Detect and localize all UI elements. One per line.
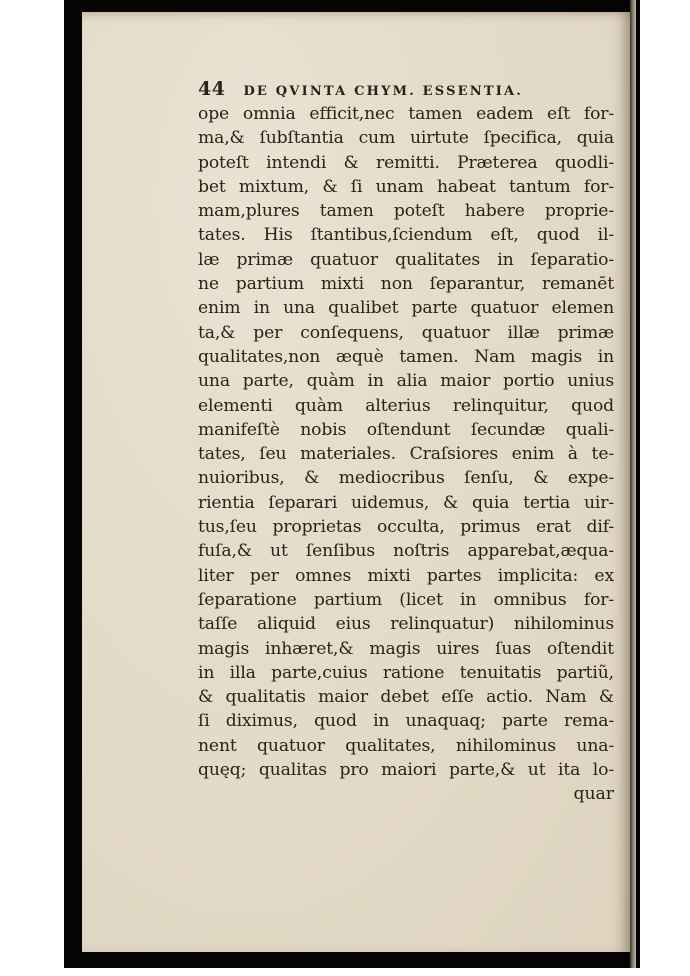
catchword: quar bbox=[198, 782, 614, 806]
text-line: taſſe aliquid eius relinquatur) nihilomi… bbox=[198, 612, 614, 636]
text-line: tates, ſeu materiales. Craſsiores enim à… bbox=[198, 442, 614, 466]
text-line: liter per omnes mixti partes implicita: … bbox=[198, 564, 614, 588]
text-line: ope omnia efficit,nec tamen eadem eſt fo… bbox=[198, 102, 614, 126]
text-line: in illa parte,cuius ratione tenuitatis p… bbox=[198, 661, 614, 685]
text-block: 44 DE QVINTA CHYM. ESSENTIA. ope omnia e… bbox=[198, 76, 614, 807]
text-line: mam,plures tamen poteſt habere proprie- bbox=[198, 199, 614, 223]
text-line: & qualitatis maior debet eſſe actio. Nam… bbox=[198, 685, 614, 709]
text-line: tus,ſeu proprietas occulta, primus erat … bbox=[198, 515, 614, 539]
text-line: una parte, quàm in alia maior portio uni… bbox=[198, 369, 614, 393]
text-line: nuioribus, & mediocribus ſenſu, & expe- bbox=[198, 466, 614, 490]
page-header: 44 DE QVINTA CHYM. ESSENTIA. bbox=[198, 76, 614, 102]
text-line: læ primæ quatuor qualitates in ſeparatio… bbox=[198, 248, 614, 272]
text-line: bet mixtum, & ſi unam habeat tantum for- bbox=[198, 175, 614, 199]
page-number: 44 bbox=[198, 76, 225, 102]
text-line: rientia ſeparari uidemus, & quia tertia … bbox=[198, 491, 614, 515]
page-edge bbox=[630, 0, 636, 968]
text-line: nent quatuor qualitates, nihilominus una… bbox=[198, 734, 614, 758]
text-line: quęq; qualitas pro maiori parte,& ut ita… bbox=[198, 758, 614, 782]
text-line: ſeparatione partium (licet in omnibus fo… bbox=[198, 588, 614, 612]
text-line: poteſt intendi & remitti. Præterea quodl… bbox=[198, 151, 614, 175]
text-line: ſi diximus, quod in unaquaq; parte rema- bbox=[198, 709, 614, 733]
text-line: ne partium mixti non ſeparantur, remanēt bbox=[198, 272, 614, 296]
text-line: elementi quàm alterius relinquitur, quod bbox=[198, 394, 614, 418]
text-line: ma,& ſubſtantia cum uirtute ſpecifica, q… bbox=[198, 126, 614, 150]
text-line: fuſa,& ut ſenſibus noſtris apparebat,æqu… bbox=[198, 539, 614, 563]
text-line: qualitates,non æquè tamen. Nam magis in bbox=[198, 345, 614, 369]
text-line: enim in una qualibet parte quatuor eleme… bbox=[198, 296, 614, 320]
text-line: manifeſtè nobis oſtendunt ſecundæ quali- bbox=[198, 418, 614, 442]
text-line: tates. His ſtantibus,ſciendum eſt, quod … bbox=[198, 223, 614, 247]
body-text: ope omnia efficit,nec tamen eadem eſt fo… bbox=[198, 102, 614, 782]
text-line: ta,& per conſequens, quatuor illæ primæ bbox=[198, 321, 614, 345]
text-line: magis inhæret,& magis uires ſuas oſtendi… bbox=[198, 637, 614, 661]
